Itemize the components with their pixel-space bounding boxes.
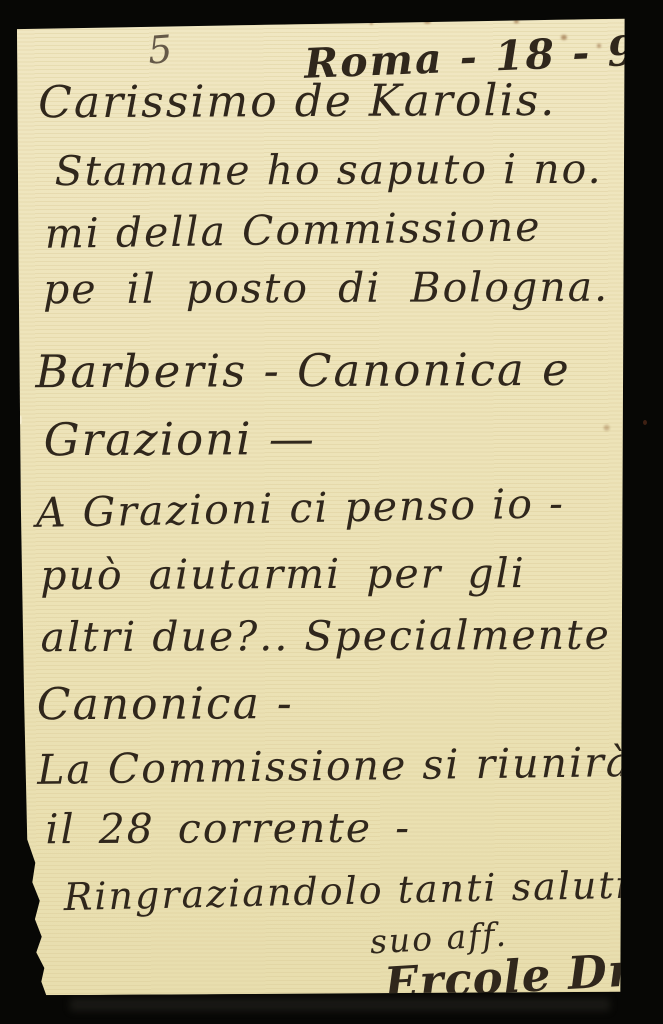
paper-nick [17, 415, 22, 424]
page-number: 5 [147, 30, 176, 70]
body-line: può aiutarmi per gli [40, 553, 526, 596]
body-line: Grazioni — [44, 416, 316, 462]
body-line: Stamane ho saputo i no. [54, 149, 602, 192]
foxing-spot [424, 21, 431, 24]
foxing-spot [514, 20, 519, 23]
letter-paper: 5 Roma - 18 - 9 - 22 Carissimo de Karoli… [14, 19, 630, 996]
body-line: La Commissione si riunirà [37, 742, 633, 791]
body-line: Ringraziandolo tanti saluti [63, 866, 630, 916]
body-line: Barberis - Canonica e [35, 347, 571, 394]
dust-speck [643, 420, 647, 425]
foxing-spot [604, 425, 610, 431]
salutation: Carissimo de Karolis. [38, 79, 556, 125]
body-line: Canonica - [37, 682, 294, 727]
body-line: il 28 corrente - [45, 808, 411, 851]
body-line: A Grazioni ci penso io - [36, 483, 566, 534]
scan-shadow [70, 998, 610, 1011]
body-line: altri due?.. Specialmente [40, 615, 610, 658]
foxing-spot [370, 22, 373, 25]
body-line: pe il posto di Bologna. [43, 267, 609, 310]
scanned-letter-page: 5 Roma - 18 - 9 - 22 Carissimo de Karoli… [0, 0, 663, 1024]
body-line: mi della Commissione [45, 206, 542, 254]
